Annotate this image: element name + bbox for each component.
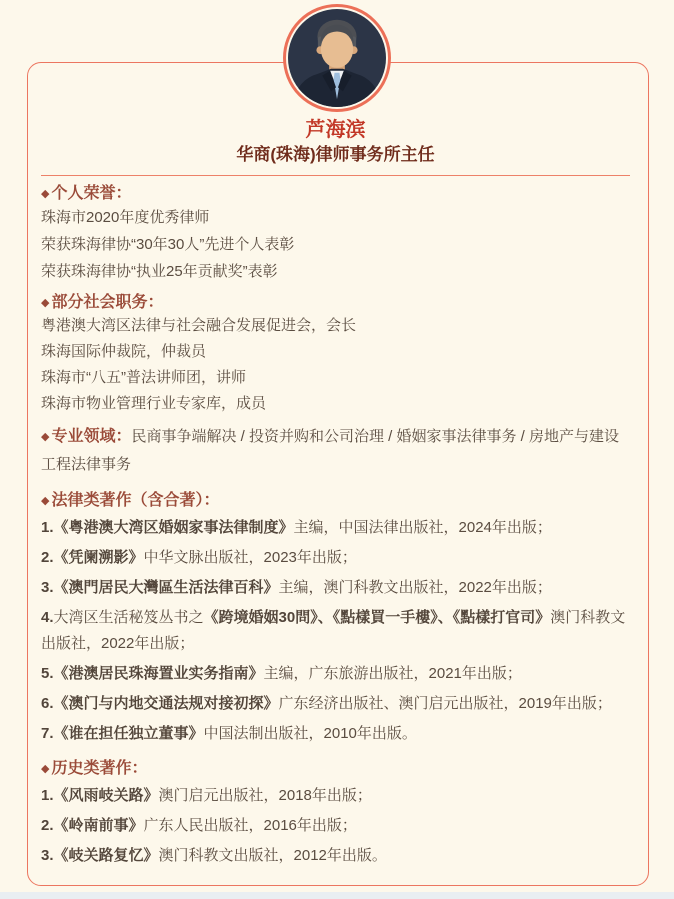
pub-number: 2. bbox=[41, 549, 54, 566]
diamond-bullet-icon: ◆ bbox=[41, 495, 49, 507]
pub-title: 《澳门与内地交通法规对接初探》 bbox=[54, 695, 279, 712]
pub-title: 《谁在担任独立董事》 bbox=[54, 725, 204, 742]
publication-item: 2.《凭阑溯影》中华文脉出版社，2023年出版； bbox=[41, 545, 630, 571]
history-works-heading-label: 历史类著作： bbox=[51, 760, 147, 777]
publication-item: 2.《岭南前事》广东人民出版社，2016年出版； bbox=[41, 813, 630, 839]
diamond-bullet-icon: ◆ bbox=[41, 297, 49, 309]
pub-publisher: 中华文脉出版社，2023年出版； bbox=[144, 549, 357, 566]
pub-title: 《澳門居民大灣區生活法律百科》 bbox=[54, 579, 279, 596]
pub-number: 3. bbox=[41, 847, 54, 864]
pub-publisher: 广东经济出版社、澳门启元出版社，2019年出版； bbox=[279, 695, 612, 712]
pub-title: 《跨境婚姻30問》、《點樣買一手樓》、《點樣打官司》 bbox=[204, 609, 551, 626]
diamond-bullet-icon: ◆ bbox=[41, 431, 49, 443]
pub-title: 《岭南前事》 bbox=[54, 817, 144, 834]
publication-item: 6.《澳门与内地交通法规对接初探》广东经济出版社、澳门启元出版社，2019年出版… bbox=[41, 691, 630, 717]
pub-title: 《粤港澳大湾区婚姻家事法律制度》 bbox=[54, 519, 294, 536]
card-content: 芦海滨 华商(珠海)律师事务所主任 ◆个人荣誉： 珠海市2020年度优秀律师 荣… bbox=[28, 63, 648, 885]
pub-number: 6. bbox=[41, 695, 54, 712]
pub-number: 1. bbox=[41, 787, 54, 804]
social-heading-label: 部分社会职务： bbox=[51, 294, 163, 311]
pub-publisher: 主编，澳门科教文出版社，2022年出版； bbox=[279, 579, 552, 596]
section-social-positions: ◆部分社会职务： 粤港澳大湾区法律与社会融合发展促进会，会长 珠海国际仲裁院，仲… bbox=[41, 293, 630, 417]
pub-number: 5. bbox=[41, 665, 54, 682]
diamond-bullet-icon: ◆ bbox=[41, 188, 49, 200]
social-line: 粤港澳大湾区法律与社会融合发展促进会，会长 bbox=[41, 313, 630, 339]
expertise-paragraph: ◆专业领域：民商事争端解决 / 投资并购和公司治理 / 婚姻家事法律事务 / 房… bbox=[41, 423, 630, 479]
legal-works-heading: ◆法律类著作（含合著）： bbox=[41, 491, 630, 511]
publication-item: 1.《风雨岐关路》澳门启元出版社，2018年出版； bbox=[41, 783, 630, 809]
face bbox=[321, 31, 353, 68]
pub-series: 大湾区生活秘笈丛书之 bbox=[54, 609, 204, 626]
publication-item: 3.《岐关路复忆》澳门科教文出版社，2012年出版。 bbox=[41, 843, 630, 869]
pub-publisher: 澳门启元出版社，2018年出版； bbox=[159, 787, 372, 804]
pub-number: 4. bbox=[41, 609, 54, 626]
avatar bbox=[283, 4, 391, 112]
pub-publisher: 主编，中国法律出版社，2024年出版； bbox=[294, 519, 552, 536]
publication-item: 3.《澳門居民大灣區生活法律百科》主编，澳门科教文出版社，2022年出版； bbox=[41, 575, 630, 601]
pub-title: 《凭阑溯影》 bbox=[54, 549, 144, 566]
publication-item: 4.大湾区生活秘笈丛书之《跨境婚姻30問》、《點樣買一手樓》、《點樣打官司》澳门… bbox=[41, 605, 630, 657]
social-line: 珠海国际仲裁院，仲裁员 bbox=[41, 339, 630, 365]
pub-number: 2. bbox=[41, 817, 54, 834]
pub-number: 7. bbox=[41, 725, 54, 742]
profile-card: 芦海滨 华商(珠海)律师事务所主任 ◆个人荣誉： 珠海市2020年度优秀律师 荣… bbox=[27, 62, 649, 886]
honor-line: 珠海市2020年度优秀律师 bbox=[41, 204, 630, 231]
pub-number: 1. bbox=[41, 519, 54, 536]
honors-heading: ◆个人荣誉： bbox=[41, 184, 630, 204]
pub-publisher: 主编，广东旅游出版社，2021年出版； bbox=[264, 665, 522, 682]
publication-item: 1.《粤港澳大湾区婚姻家事法律制度》主编，中国法律出版社，2024年出版； bbox=[41, 515, 630, 541]
history-works-heading: ◆历史类著作： bbox=[41, 759, 630, 779]
expertise-heading-label: 专业领域： bbox=[51, 428, 131, 445]
publication-item: 5.《港澳居民珠海置业实务指南》主编，广东旅游出版社，2021年出版； bbox=[41, 661, 630, 687]
social-line: 珠海市“八五”普法讲师团，讲师 bbox=[41, 365, 630, 391]
section-history-works: ◆历史类著作： 1.《风雨岐关路》澳门启元出版社，2018年出版； 2.《岭南前… bbox=[41, 759, 630, 869]
honor-line: 荣获珠海律协“执业25年贡献奖”表彰 bbox=[41, 258, 630, 285]
honor-line: 荣获珠海律协“30年30人”先进个人表彰 bbox=[41, 231, 630, 258]
pub-title: 《岐关路复忆》 bbox=[54, 847, 159, 864]
pub-publisher: 广东人民出版社，2016年出版； bbox=[144, 817, 357, 834]
profile-photo bbox=[288, 9, 386, 107]
pub-publisher: 中国法制出版社，2010年出版。 bbox=[204, 725, 417, 742]
pub-title: 《港澳居民珠海置业实务指南》 bbox=[54, 665, 264, 682]
section-legal-works: ◆法律类著作（含合著）： 1.《粤港澳大湾区婚姻家事法律制度》主编，中国法律出版… bbox=[41, 491, 630, 747]
social-line: 珠海市物业管理行业专家库，成员 bbox=[41, 391, 630, 417]
pub-publisher: 澳门科教文出版社，2012年出版。 bbox=[159, 847, 387, 864]
bottom-strip bbox=[0, 892, 674, 899]
section-expertise: ◆专业领域：民商事争端解决 / 投资并购和公司治理 / 婚姻家事法律事务 / 房… bbox=[41, 423, 630, 479]
header-divider bbox=[41, 175, 630, 176]
pub-title: 《风雨岐关路》 bbox=[54, 787, 159, 804]
publication-item: 7.《谁在担任独立董事》中国法制出版社，2010年出版。 bbox=[41, 721, 630, 747]
pub-number: 3. bbox=[41, 579, 54, 596]
expertise-heading: ◆专业领域： bbox=[41, 428, 131, 445]
person-name: 芦海滨 bbox=[41, 119, 630, 141]
social-heading: ◆部分社会职务： bbox=[41, 293, 630, 313]
diamond-bullet-icon: ◆ bbox=[41, 763, 49, 775]
honors-heading-label: 个人荣誉： bbox=[51, 185, 131, 202]
legal-works-heading-label: 法律类著作（含合著）： bbox=[51, 492, 219, 509]
section-honors: ◆个人荣誉： 珠海市2020年度优秀律师 荣获珠海律协“30年30人”先进个人表… bbox=[41, 184, 630, 285]
person-title: 华商(珠海)律师事务所主任 bbox=[41, 145, 630, 165]
